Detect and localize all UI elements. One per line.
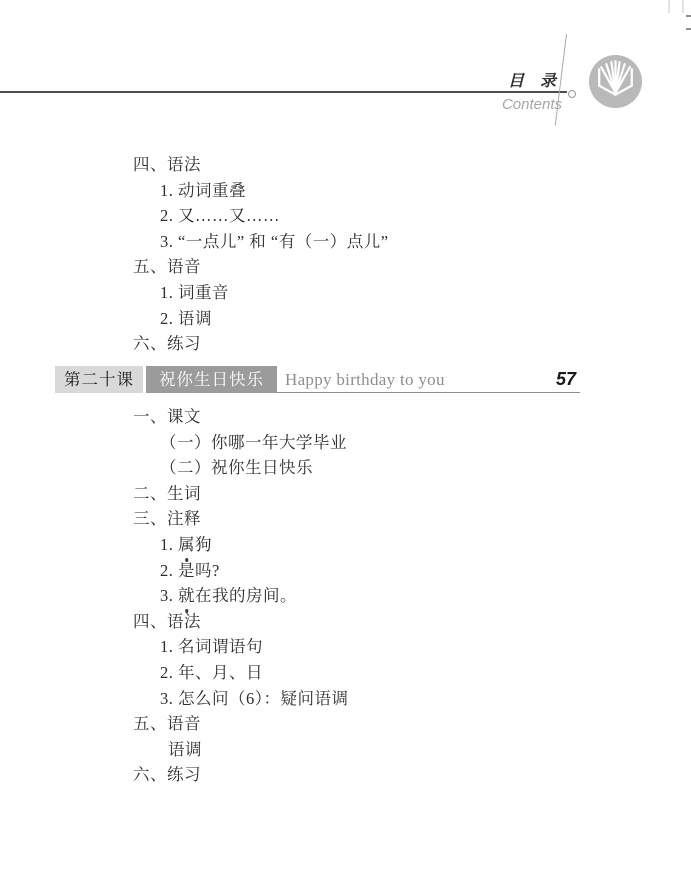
toc-entry: 六、练习 <box>0 762 640 788</box>
entry-pre: 2. 又……又…… <box>160 206 280 225</box>
entry-pre: 五、语音 <box>133 257 201 276</box>
entry-pre: 四、语法 <box>133 612 201 631</box>
entry-pre: 2. 语调 <box>160 309 212 328</box>
entry-post: 狗 <box>195 535 212 554</box>
header-rule <box>0 91 567 93</box>
entry-pre: 五、语音 <box>133 714 201 733</box>
entry-post: 在我的房间。 <box>195 586 297 605</box>
toc-entry: 1. 动词重叠 <box>0 178 640 204</box>
toc-entry: 1. 词重音 <box>0 280 640 306</box>
book-icon <box>589 55 642 108</box>
toc-entry: 四、语法 <box>0 152 640 178</box>
entry-pre: 2. 年、月、日 <box>160 663 263 682</box>
toc-entry: 三、注释 <box>0 506 640 532</box>
lesson-page-number: 57 <box>556 369 578 390</box>
lesson-title-row: Happy birthday to you 57 <box>277 366 580 393</box>
toc-entry: 五、语音 <box>0 254 640 280</box>
entry-pre: 1. 动词重叠 <box>160 181 246 200</box>
toc-entry: 一、课文 <box>0 404 640 430</box>
entry-emphasized-char: 就 <box>178 583 195 609</box>
toc-entry: 3. 怎么问（6）：疑问语调 <box>0 686 640 712</box>
entry-pre: 六、练习 <box>133 765 201 784</box>
toc-entry: 2. 年、月、日 <box>0 660 640 686</box>
toc-entry: 语调 <box>0 737 640 763</box>
entry-pre: 3. <box>160 586 178 605</box>
lesson-header-bar: 第二十课 祝你生日快乐 Happy birthday to you 57 <box>55 366 580 393</box>
entry-pre: 1. 词重音 <box>160 283 229 302</box>
toc-entry: 二、生词 <box>0 481 640 507</box>
entry-emphasized-char: 属 <box>178 532 195 558</box>
entry-pre: 3. 怎么问（6）：疑问语调 <box>160 689 349 708</box>
entry-pre: 1. <box>160 535 178 554</box>
toc-entry: 1. 名词谓语句 <box>0 634 640 660</box>
contents-title-en: Contents <box>420 96 562 113</box>
toc-entry: 2. 是吗? <box>0 558 640 584</box>
entry-pre: 语调 <box>168 740 202 759</box>
entry-pre: 一、课文 <box>133 407 201 426</box>
crop-mark <box>682 0 684 13</box>
crop-mark <box>686 28 691 30</box>
entry-pre: 2. 是吗? <box>160 561 220 580</box>
contents-title-cn: 目 录 <box>420 68 556 91</box>
entry-pre: 三、注释 <box>133 509 201 528</box>
toc-entry: 2. 又……又…… <box>0 203 640 229</box>
entry-pre: （一）你哪一年大学毕业 <box>160 433 347 452</box>
toc-entry: 1. 属狗 <box>0 532 640 558</box>
toc-list-lesson: 一、课文（一）你哪一年大学毕业（二）祝你生日快乐二、生词三、注释1. 属狗2. … <box>0 404 640 788</box>
lesson-title-english: Happy birthday to you <box>285 370 445 390</box>
entry-pre: 3. “一点儿” 和 “有（一）点儿” <box>160 232 389 251</box>
toc-list-top: 四、语法1. 动词重叠2. 又……又……3. “一点儿” 和 “有（一）点儿”五… <box>0 152 640 357</box>
toc-entry: 五、语音 <box>0 711 640 737</box>
entry-pre: 1. 名词谓语句 <box>160 637 263 656</box>
publisher-logo <box>589 55 642 113</box>
entry-pre: （二）祝你生日快乐 <box>160 458 313 477</box>
entry-pre: 二、生词 <box>133 484 201 503</box>
lesson-number-badge: 第二十课 <box>55 366 143 393</box>
entry-pre: 六、练习 <box>133 334 201 353</box>
lesson-title-chinese: 祝你生日快乐 <box>146 366 277 393</box>
crop-mark <box>686 15 691 17</box>
toc-entry: 2. 语调 <box>0 306 640 332</box>
toc-entry: 3. 就在我的房间。 <box>0 583 640 609</box>
crop-mark <box>668 0 670 13</box>
decorative-circle-node <box>568 90 576 98</box>
toc-entry: 四、语法 <box>0 609 640 635</box>
entry-pre: 四、语法 <box>133 155 201 174</box>
toc-entry: 六、练习 <box>0 331 640 357</box>
toc-entry: 3. “一点儿” 和 “有（一）点儿” <box>0 229 640 255</box>
contents-page: 目 录 Contents 四、语法1. 动词重叠2. 又……又……3. “一点儿… <box>0 0 691 887</box>
toc-entry: （二）祝你生日快乐 <box>0 455 640 481</box>
toc-entry: （一）你哪一年大学毕业 <box>0 430 640 456</box>
